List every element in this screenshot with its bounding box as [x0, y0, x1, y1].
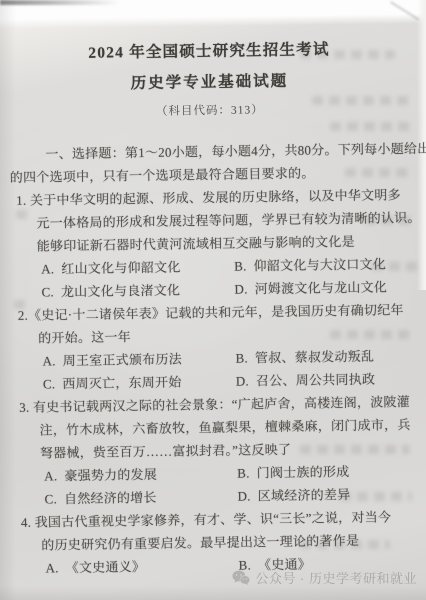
- option-text: 自然经济的增长: [64, 490, 157, 506]
- exam-title-line2: 历史学专业基础试题: [0, 67, 423, 95]
- paper-bottom-shadow: [0, 586, 426, 600]
- question-2: 2.《史记·十二诸侯年表》记载的共和元年，是我国历史有确切纪年 的开始。这一年 …: [12, 298, 426, 396]
- exam-title-line1: 2024 年全国硕士研究生招生考试: [0, 36, 422, 64]
- option-label: C.: [41, 284, 54, 299]
- option-a: A.《文史通义》: [45, 554, 238, 580]
- option-text: 红山文化与仰韶文化: [61, 259, 180, 276]
- exam-body: 一、选择题：第1～20小题，每小题4分，共80分。下列每小题给出 的四个选项中，…: [0, 137, 426, 580]
- option-label: B.: [234, 258, 247, 273]
- scan-smudge: [0, 0, 120, 5]
- option-text: 召公、周公共同执政: [256, 372, 375, 389]
- exam-paper-photo: 2024 年全国硕士研究生招生考试 历史学专业基础试题 （科目代码：313） 一…: [0, 0, 426, 600]
- option-label: D.: [237, 488, 250, 503]
- wechat-watermark: 公众号 · 历史学考研和就业: [232, 568, 417, 587]
- exam-content: 2024 年全国硕士研究生招生考试 历史学专业基础试题 （科目代码：313） 一…: [0, 21, 426, 580]
- option-text: 河姆渡文化与龙山文化: [255, 279, 388, 296]
- option-label: D.: [234, 281, 247, 296]
- option-d: D.河姆渡文化与龙山文化: [234, 275, 425, 301]
- option-label: B.: [235, 350, 248, 365]
- option-text: 区域经济的差异: [258, 487, 351, 503]
- option-d: D.区域经济的差异: [237, 482, 426, 508]
- option-a: A.豪强势力的发展: [44, 462, 237, 488]
- option-text: 西周灭亡，东周开始: [62, 374, 181, 391]
- option-text: 门阀士族的形成: [257, 464, 350, 480]
- option-label: A.: [44, 468, 57, 483]
- option-b: B.门阀士族的形成: [237, 459, 426, 485]
- option-d: D.召公、周公共同执政: [236, 367, 426, 393]
- option-label: A.: [45, 560, 58, 575]
- option-a: A.红山文化与仰韶文化: [41, 255, 234, 281]
- question-3: 3. 有史书记载两汉之际的社会景象：“广起庐舍，高楼连阁，波陂灌 注，竹木成林，…: [13, 390, 426, 511]
- option-c: C.龙山文化与良渚文化: [41, 278, 234, 304]
- option-text: 周王室正式颁布历法: [63, 351, 182, 368]
- option-text: 豪强势力的发展: [64, 467, 157, 483]
- question-1: 1. 关于中华文明的起源、形成、发展的历史脉络，以及中华文明多 元一体格局的形成…: [10, 183, 426, 304]
- option-a: A.周王室正式颁布历法: [42, 347, 235, 373]
- option-c: C.西周灭亡，东周开始: [43, 370, 236, 396]
- option-label: C.: [44, 491, 57, 506]
- option-text: 龙山文化与良渚文化: [61, 282, 180, 299]
- option-text: 管叔、蔡叔发动叛乱: [255, 349, 374, 366]
- wechat-icon: [232, 570, 250, 585]
- option-b: B.管叔、蔡叔发动叛乱: [235, 344, 426, 370]
- option-label: A.: [42, 353, 55, 368]
- option-label: A.: [41, 261, 54, 276]
- option-label: C.: [43, 376, 56, 391]
- option-label: B.: [237, 465, 250, 480]
- option-label: D.: [236, 373, 249, 388]
- option-c: C.自然经济的增长: [44, 485, 237, 511]
- option-b: B.仰韶文化与大汶口文化: [234, 252, 425, 278]
- option-text: 仰韶文化与大汶口文化: [253, 256, 386, 273]
- subject-code: （科目代码：313）: [0, 99, 423, 121]
- watermark-text: 公众号 · 历史学考研和就业: [255, 568, 417, 587]
- option-text: 《文史通义》: [66, 559, 146, 575]
